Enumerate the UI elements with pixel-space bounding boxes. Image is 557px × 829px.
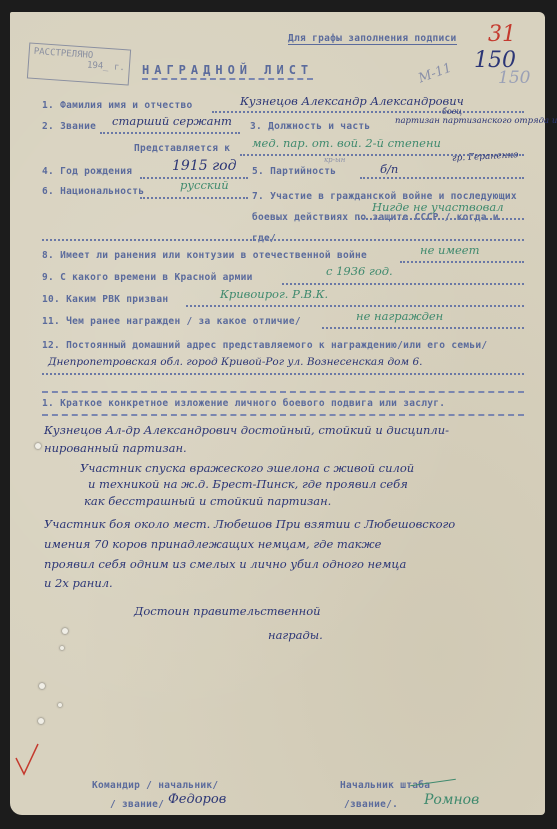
field-6-value: русский bbox=[180, 178, 229, 192]
conclusion-line-2: награды. bbox=[268, 628, 323, 642]
field-11-label: 11. Чем ранее награжден / за какое отлич… bbox=[42, 316, 301, 327]
narrative-line-2: нированный партизан. bbox=[44, 441, 187, 455]
conclusion-line-1: Достоин правительственной bbox=[134, 604, 321, 618]
chief-of-staff-signature: Ромнов bbox=[424, 792, 479, 808]
field-10-line bbox=[186, 305, 524, 307]
header-typed-line: Для графы заполнения подписи bbox=[288, 33, 457, 45]
field-5-label: 5. Партийность bbox=[252, 166, 336, 177]
field-5-value: б/п bbox=[380, 162, 398, 176]
field-9-label: 9. С какого времени в Красной армии bbox=[42, 272, 253, 283]
field-10-label: 10. Каким РВК призван bbox=[42, 294, 168, 305]
punch-hole bbox=[60, 646, 64, 650]
chief-of-staff-rank-label: /звание/. bbox=[344, 799, 398, 810]
field-12-value: Днепропетровская обл. город Кривой-Рог у… bbox=[48, 356, 423, 368]
punch-hole bbox=[35, 443, 41, 449]
field-8-line bbox=[400, 261, 524, 263]
punch-hole bbox=[39, 683, 45, 689]
field-2-value: старший сержант bbox=[112, 114, 232, 128]
field-5-note: кр-ын bbox=[324, 156, 345, 164]
field-11-value: не награжден bbox=[356, 309, 443, 323]
field-12-label: 12. Постоянный домашний адрес представля… bbox=[42, 340, 487, 351]
sheet-number-faint: 150 bbox=[498, 68, 530, 88]
field-9-line bbox=[282, 283, 524, 285]
field-4-value: 1915 год bbox=[172, 158, 236, 174]
field-12-line bbox=[42, 373, 524, 375]
separator-bottom bbox=[42, 414, 524, 416]
field-5-line bbox=[360, 177, 524, 179]
narrative-line-3: Участник спуска вражеского эшелона с жив… bbox=[80, 461, 414, 475]
presented-label: Представляется к bbox=[134, 143, 230, 154]
field-4-label: 4. Год рождения bbox=[42, 166, 132, 177]
chief-of-staff-label: Начальник штаба bbox=[340, 780, 430, 791]
narrative-line-1: Кузнецов Ал-др Александрович достойный, … bbox=[44, 423, 449, 437]
field-7-value: Нигде не участвовал bbox=[372, 200, 504, 214]
punch-hole bbox=[38, 718, 44, 724]
field-3-note: боец bbox=[442, 107, 462, 116]
narrative-line-4: и техникой на ж.д. Брест-Пинск, где проя… bbox=[88, 477, 408, 491]
field-7-line-1 bbox=[358, 218, 524, 220]
field-8-value: не имеет bbox=[420, 243, 480, 257]
punch-hole bbox=[58, 703, 62, 707]
punch-hole bbox=[62, 628, 68, 634]
field-10-value: Кривоирог. Р.В.К. bbox=[220, 287, 328, 301]
field-7-line-2 bbox=[42, 239, 524, 241]
narrative-line-9: и 2х ранил. bbox=[44, 576, 113, 590]
commander-rank-label: / звание/ bbox=[110, 799, 164, 810]
field-1-line bbox=[212, 111, 524, 113]
field-8-label: 8. Имеет ли ранения или контузии в отече… bbox=[42, 250, 367, 261]
field-6-label: 6. Национальность bbox=[42, 186, 144, 197]
commander-label: Командир / начальник/ bbox=[92, 780, 218, 791]
field-2-line bbox=[100, 132, 240, 134]
archive-stamp: РАССТРЕЛЯНО 194_ г. bbox=[27, 42, 131, 85]
field-9-value: с 1936 год. bbox=[326, 264, 393, 278]
field-3-label: 3. Должность и часть bbox=[250, 121, 370, 132]
feat-section-label: 1. Краткое конкретное изложение личного … bbox=[42, 398, 445, 409]
field-11-line bbox=[322, 327, 524, 329]
narrative-line-7: имения 70 коров принадлежащих немцам, гд… bbox=[44, 537, 381, 551]
narrative-line-8: проявил себя одним из смелых и лично уби… bbox=[44, 557, 406, 571]
separator-top bbox=[42, 391, 524, 393]
field-1-label: 1. Фамилия имя и отчество bbox=[42, 100, 193, 111]
field-6-line bbox=[140, 197, 248, 199]
archive-number: 31 bbox=[488, 22, 516, 47]
field-3-value: партизан партизанского отряда имени Куту… bbox=[395, 116, 557, 126]
field-1-value: Кузнецов Александр Александрович bbox=[240, 94, 464, 108]
checkmark-icon bbox=[14, 742, 40, 776]
presented-value: мед. пар. от. вой. 2-й степени bbox=[252, 136, 441, 150]
field-2-label: 2. Звание bbox=[42, 121, 96, 132]
narrative-line-5: как бесстрашный и стойкий партизан. bbox=[84, 494, 331, 508]
narrative-line-6: Участник боя около мест. Любешов При взя… bbox=[44, 517, 455, 531]
document-title: НАГРАДНОЙ ЛИСТ bbox=[142, 63, 313, 80]
commander-signature: Федоров bbox=[168, 792, 226, 807]
